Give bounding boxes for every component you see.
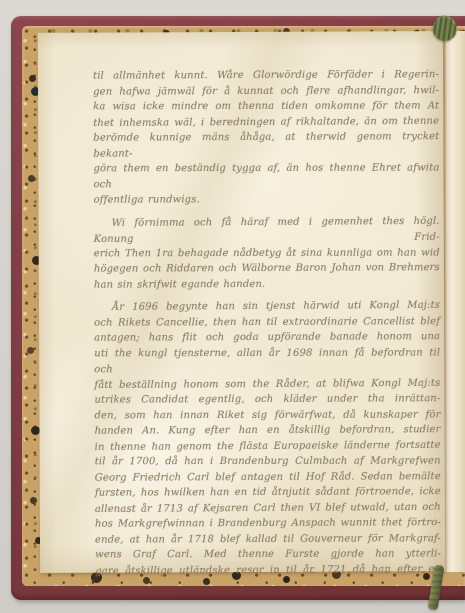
manuscript-line: Georg Friedrich Carl blef antagen til Ho… [95,469,441,486]
manuscript-line: fursten, hos hwilken han en tid åtnjutit… [95,484,441,501]
manuscript-line: ka wisa icke mindre om thenna tiden omko… [93,98,439,114]
manuscript-line: han sin skrifwit egande handen. [94,276,440,293]
manuscript-line: handen An. Kung efter han en åtskillig b… [95,422,441,439]
manuscript-line: erich Then 1ra behagade nådbetyg åt sina… [94,245,440,261]
manuscript-line: in thenne han genom the flästa Europaeis… [95,437,441,455]
manuscript-line: hos Markgrefwinnan i Brandenburg Anspach… [95,515,441,532]
manuscript-line: gare åtskillige utländske resor in til å… [95,561,441,579]
manuscript-line: År 1696 begynte han sin tjenst härwid ut… [94,298,440,316]
manuscript-line: antagen; hans flit och goda upförande ba… [94,329,440,346]
manuscript-line: ende, at han år 1718 blef kallad til Gou… [95,531,441,548]
manuscript-page: til allmänhet kunnt. Wåre Glorwördige Fö… [38,31,445,573]
manuscript-line: offentliga rundwigs. [94,191,440,208]
manuscript-line: utrikes Candidat egentlig, och kläder un… [94,391,440,408]
manuscript-line: uti the kungl tjensterne, allan år 1698 … [94,345,440,377]
manuscript-line: thet inhemska wäl, i beredningen af rikh… [93,113,439,131]
manuscript-line: högegen och Riddaren och Wälborne Baron … [94,260,440,277]
manuscript-line: göra them en beständig tygga af, än hos … [93,160,439,192]
manuscript-text: til allmänhet kunnt. Wåre Glorwördige Fö… [93,67,441,579]
manuscript-line: berömde kunnige mäns åhåga, at therwid g… [93,129,439,162]
photo-background: til allmänhet kunnt. Wåre Glorwördige Fö… [0,0,465,613]
manuscript-line: gen hafwa jämwäl för å kunnat och flere … [93,83,439,100]
manuscript-line: och Rikets Cancellie, then han til extra… [94,314,440,331]
manuscript-line: Wi förnimma och få häraf med i gemenhet … [94,213,440,246]
manuscript-line: til år 1700, då han i Brandenburg Culmba… [95,453,441,469]
adjacent-page-edge [444,31,465,572]
manuscript-line: til allmänhet kunnt. Wåre Glorwördige Fö… [93,67,439,84]
marbling-speckles [22,26,27,31]
manuscript-line: allenast år 1713 af Kejsaren Carl then V… [95,499,441,517]
manuscript-line: wens Graf Carl. Med thenne Furste gjorde… [95,546,441,562]
manuscript-line: den, som han innan Riket sig förwärfwat,… [94,407,440,423]
manuscript-line: fått beställning honom som the Råder, at… [94,375,440,393]
